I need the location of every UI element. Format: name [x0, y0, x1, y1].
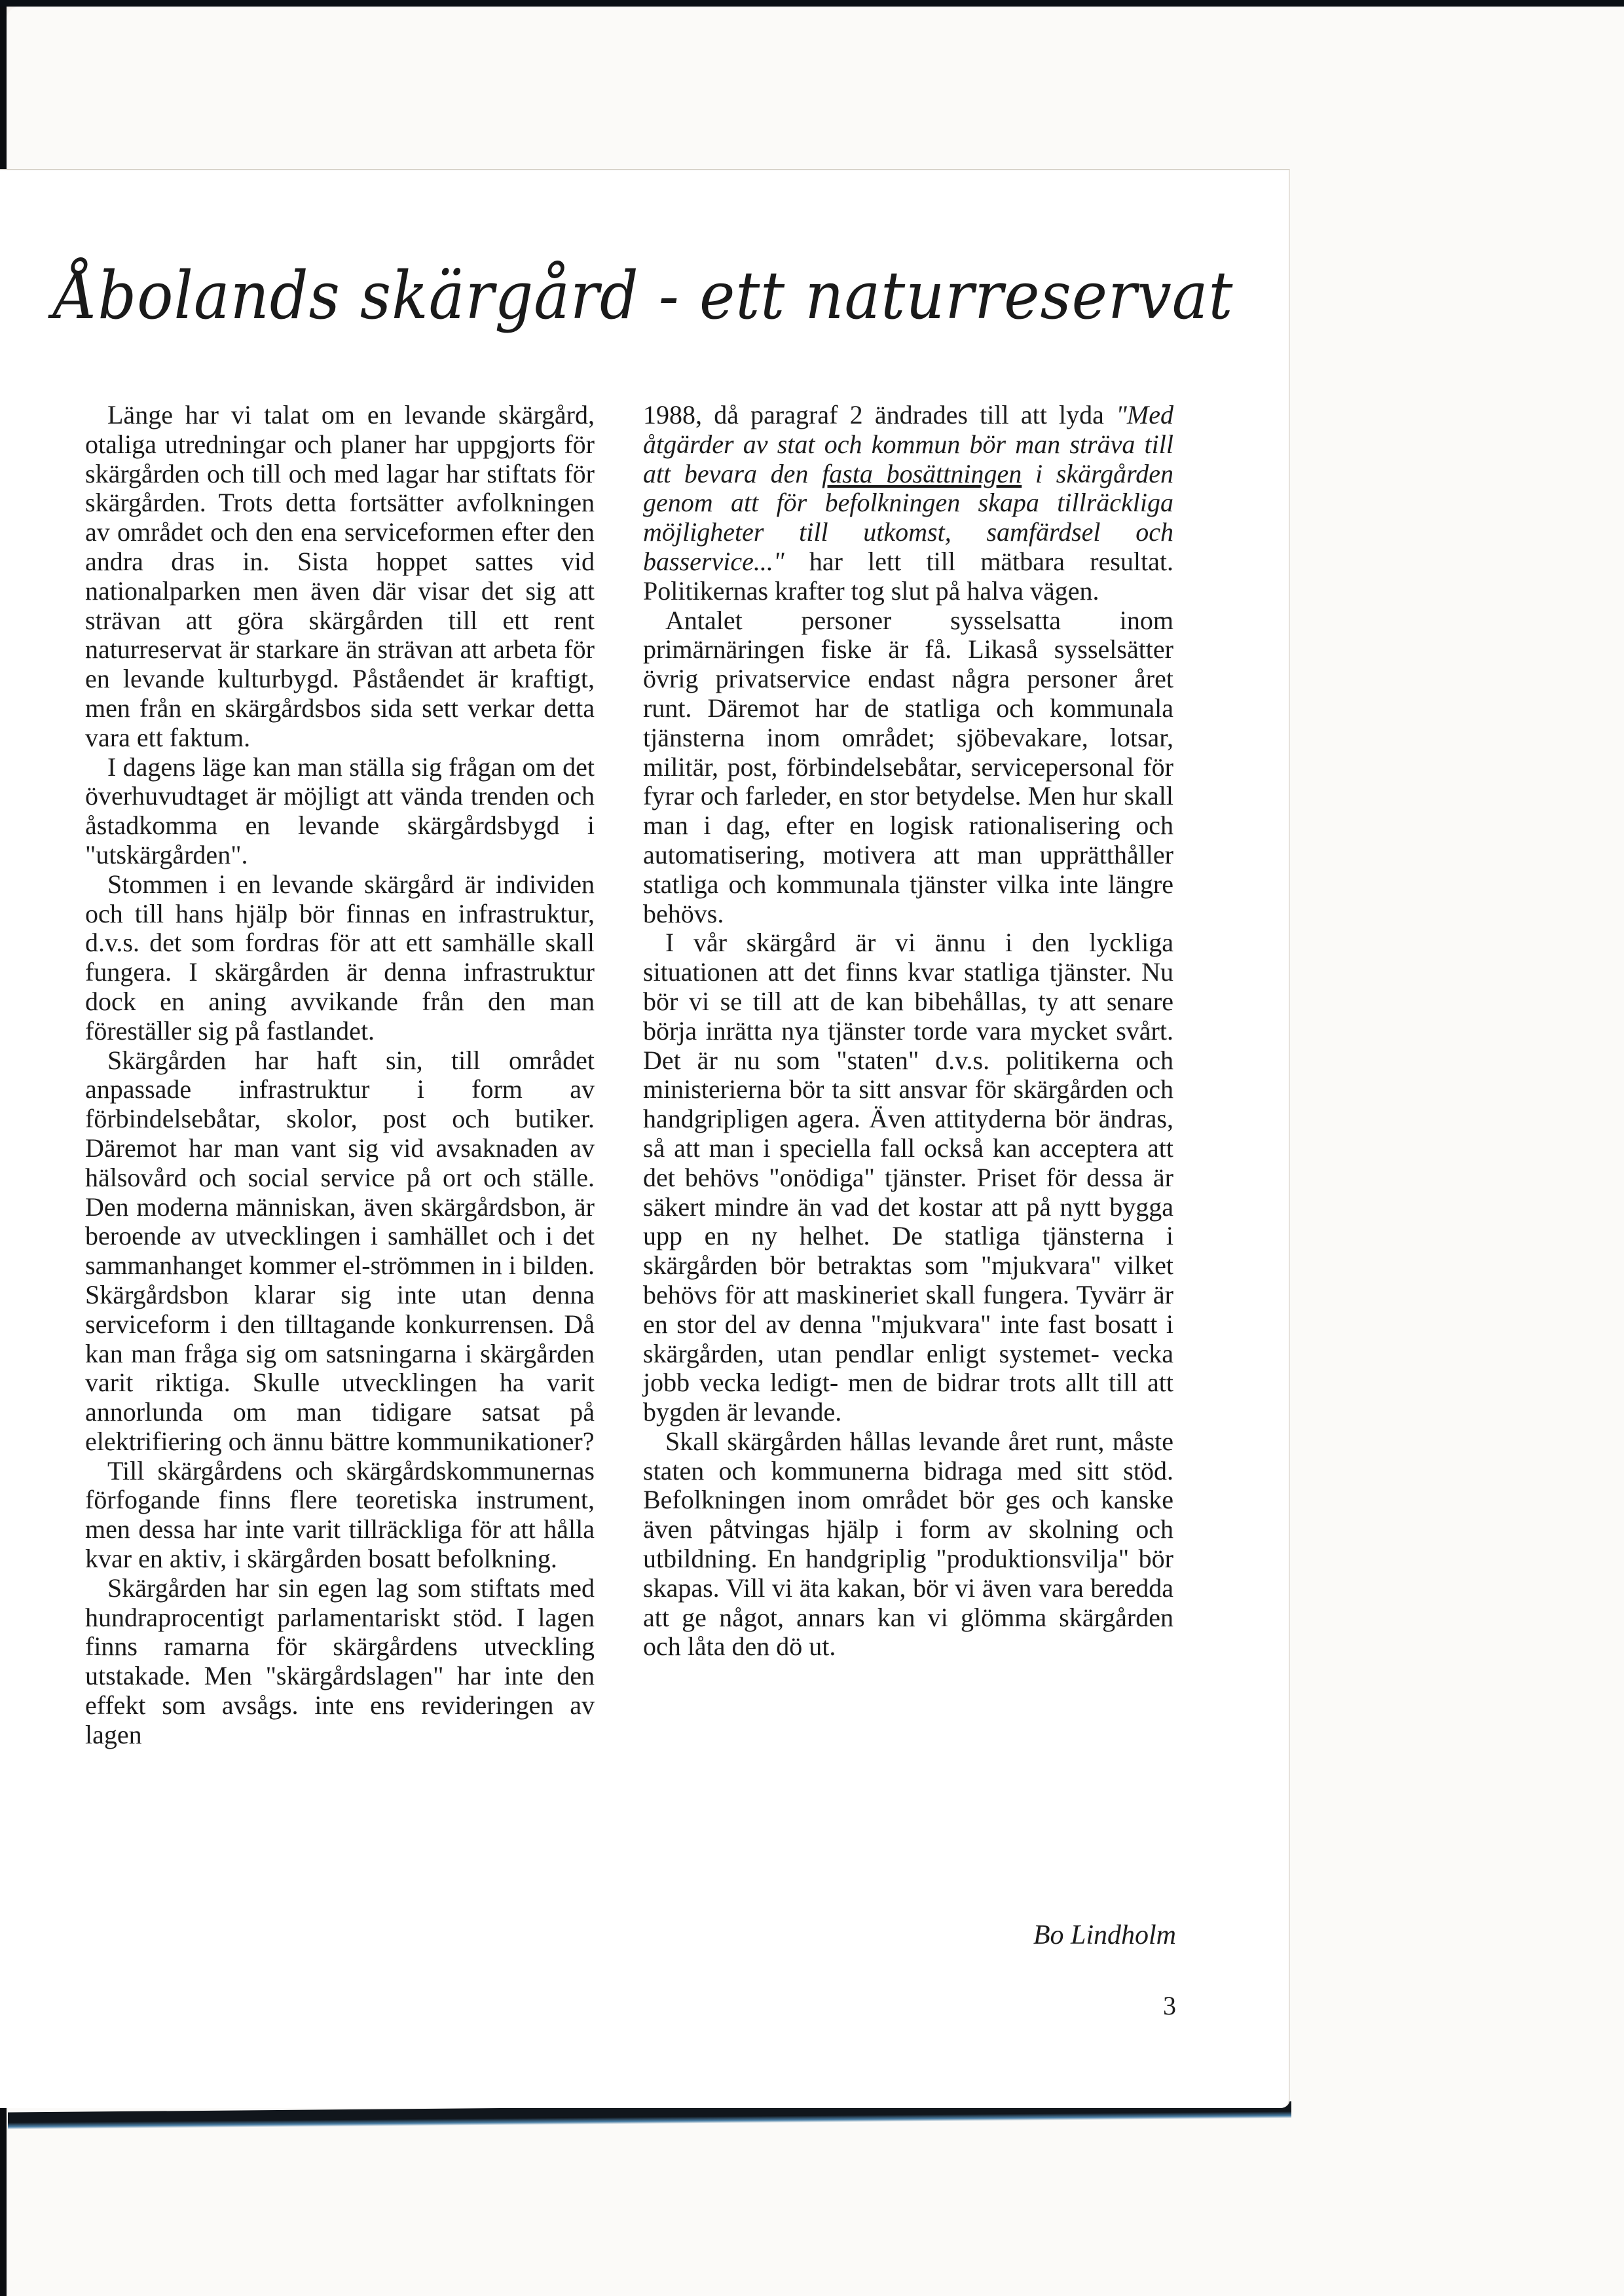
- paragraph: Länge har vi talat om en levande skärgår…: [85, 401, 595, 753]
- paragraph: Stommen i en levande skärgård är individ…: [85, 870, 595, 1046]
- underlined-phrase: fasta bosättningen: [822, 459, 1022, 488]
- right-text-column: 1988, då paragraf 2 ändrades till att ly…: [643, 401, 1173, 1662]
- paragraph: Skall skärgården hållas levande året run…: [643, 1427, 1173, 1662]
- left-text-column: Länge har vi talat om en levande skärgår…: [85, 401, 595, 1750]
- paragraph-lead: 1988, då paragraf 2 ändrades till att ly…: [643, 400, 1116, 429]
- paragraph: Antalet personer sysselsatta inom primär…: [643, 606, 1173, 929]
- page-number: 3: [1139, 1990, 1176, 2021]
- author-byline: Bo Lindholm: [976, 1920, 1176, 1951]
- paragraph: Till skärgårdens och skärgårdskommunerna…: [85, 1457, 595, 1574]
- paragraph: Skärgården har sin egen lag som stiftats…: [85, 1574, 595, 1750]
- paragraph: Skärgården har haft sin, till området an…: [85, 1046, 595, 1457]
- paragraph: I dagens läge kan man ställa sig frågan …: [85, 753, 595, 870]
- continued-paragraph: 1988, då paragraf 2 ändrades till att ly…: [643, 401, 1173, 606]
- scan-edge-top: [0, 0, 1624, 7]
- article-title: Åbolands skärgård - ett naturreservat: [54, 257, 1233, 335]
- paragraph: I vår skärgård är vi ännu i den lyckliga…: [643, 928, 1173, 1427]
